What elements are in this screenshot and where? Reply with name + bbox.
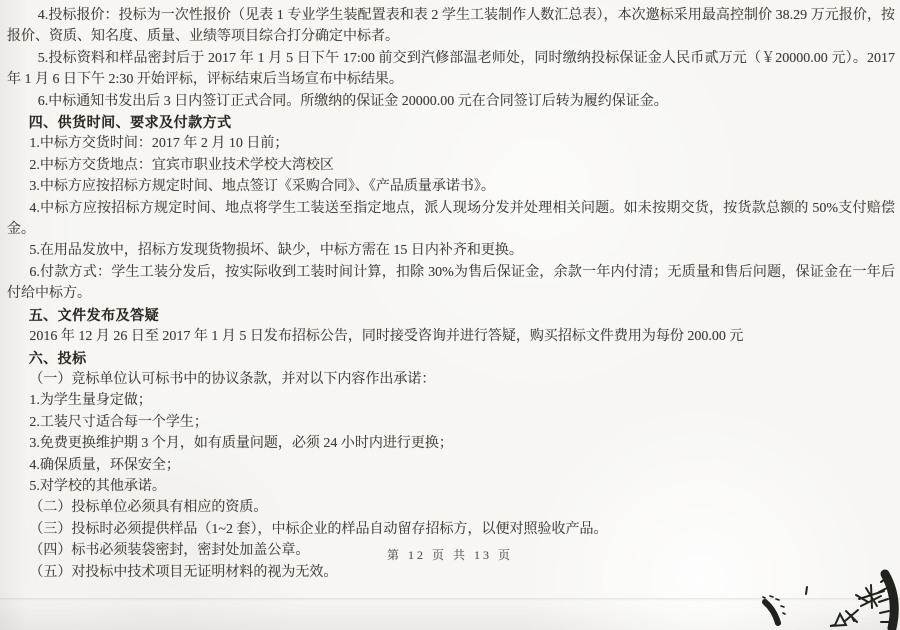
paragraph: 四、供货时间、要求及付款方式	[7, 112, 895, 133]
paragraph: 6.付款方式：学生工装分发后，按实际收到工装时间计算，扣除 30%为售后保证金，…	[7, 262, 895, 305]
page-indicator: 第 12 页 共 13 页	[387, 548, 513, 562]
paragraph: （三）投标时必须提供样品（1~2 套），中标企业的样品自动留存招标方，以便对照验…	[7, 519, 895, 540]
document-body: 4.投标报价：投标为一次性报价（见表 1 专业学生装配置表和表 2 学生工装制作…	[7, 5, 895, 583]
paragraph: 1.中标方交货时间：2017 年 2 月 10 日前；	[7, 133, 895, 154]
paragraph: 五、文件发布及答疑	[7, 305, 895, 326]
paragraph: 4.中标方应按招标方规定时间、地点将学生工装送至指定地点，派人现场分发并处理相关…	[7, 198, 895, 241]
paragraph: 2.中标方交货地点：宜宾市职业技术学校大湾校区	[7, 155, 895, 176]
paragraph: 5.在用品发放中，招标方发现货物损坏、缺少，中标方需在 15 日内补齐和更换。	[7, 240, 895, 261]
paragraph: 六、投标	[7, 348, 895, 369]
paragraph: 5.投标资料和样品密封后于 2017 年 1 月 5 日下午 17:00 前交到…	[7, 48, 895, 91]
paragraph: 4.投标报价：投标为一次性报价（见表 1 专业学生装配置表和表 2 学生工装制作…	[7, 5, 895, 48]
paragraph: （一）竞标单位认可标书中的协议条款，并对以下内容作出承诺：	[7, 369, 895, 390]
paragraph: （二）投标单位必须具有相应的资质。	[7, 497, 895, 518]
paragraph: 5.对学校的其他承诺。	[7, 476, 895, 497]
paragraph: 4.确保质量，环保安全；	[7, 455, 895, 476]
paragraph: （五）对投标中技术项目无证明材料的视为无效。	[7, 562, 895, 583]
paragraph: 2016 年 12 月 26 日至 2017 年 1 月 5 日发布招标公告，同…	[7, 326, 895, 347]
paragraph: 3.中标方应按招标方规定时间、地点签订《采购合同》、《产品质量承诺书》。	[7, 176, 895, 197]
page-number-footer: 第 12 页 共 13 页	[0, 546, 900, 563]
paragraph: 6.中标通知书发出后 3 日内签订正式合同。所缴纳的保证金 20000.00 元…	[7, 91, 895, 112]
scanned-tender-document-page: 4.投标报价：投标为一次性报价（见表 1 专业学生装配置表和表 2 学生工装制作…	[0, 0, 900, 630]
paper-crease-shadow	[0, 598, 900, 601]
paragraph: 3.免费更换维护期 3 个月，如有质量问题，必须 24 小时内进行更换；	[7, 433, 895, 454]
paragraph: 2.工装尺寸适合每一个学生；	[7, 412, 895, 433]
paragraph: 1.为学生量身定做；	[7, 390, 895, 411]
